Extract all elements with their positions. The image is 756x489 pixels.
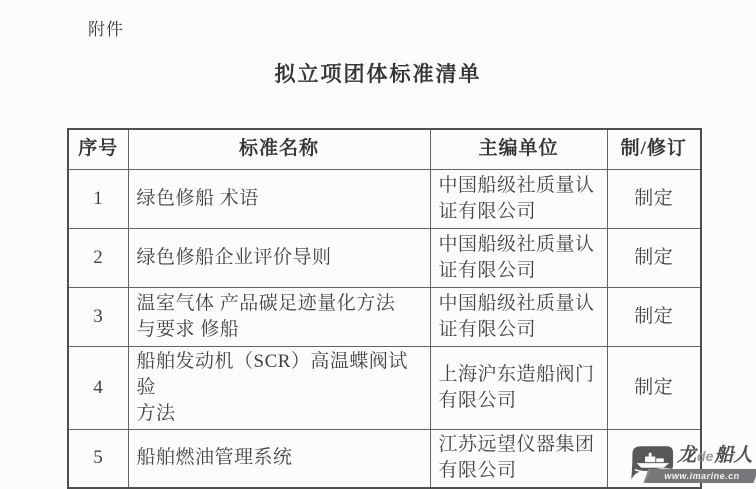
cell-unit: 中国船级社质量认 证有限公司 (430, 287, 607, 346)
cell-name: 船舶燃油管理系统 (128, 429, 430, 488)
header-name: 标准名称 (128, 129, 430, 169)
cell-name: 船舶发动机（SCR）高温蝶阀试验 方法 (128, 346, 430, 429)
cell-unit: 江苏远望仪器集团 有限公司 (430, 429, 607, 488)
cell-num: 5 (68, 429, 128, 488)
table-row: 5 船舶燃油管理系统 江苏远望仪器集团 有限公司 制定 (68, 429, 701, 488)
table-row: 4 船舶发动机（SCR）高温蝶阀试验 方法 上海沪东造船阀门 有限公司 制定 (68, 346, 701, 429)
table-row: 2 绿色修船企业评价导则 中国船级社质量认 证有限公司 制定 (68, 228, 701, 287)
cell-name: 绿色修船 术语 (128, 169, 430, 228)
cell-type: 制定 (607, 228, 701, 287)
imarine-watermark: 龙de船人 www.imarine.cn (628, 441, 756, 489)
cell-type: 制定 (607, 346, 701, 429)
cell-name: 绿色修船企业评价导则 (128, 228, 430, 287)
cell-type: 制定 (607, 287, 701, 346)
cell-name: 温室气体 产品碳足迹量化方法 与要求 修船 (128, 287, 430, 346)
header-unit: 主编单位 (430, 129, 607, 169)
cell-num: 4 (68, 346, 128, 429)
cell-type: 制定 (607, 169, 701, 228)
cell-num: 2 (68, 228, 128, 287)
table-header-row: 序号 标准名称 主编单位 制/修订 (68, 129, 701, 169)
attachment-label: 附件 (88, 15, 124, 40)
cell-num: 3 (68, 287, 128, 346)
cell-unit: 中国船级社质量认 证有限公司 (430, 169, 607, 228)
header-num: 序号 (68, 129, 128, 169)
table-row: 3 温室气体 产品碳足迹量化方法 与要求 修船 中国船级社质量认 证有限公司 制… (68, 287, 701, 346)
brand-url: www.imarine.cn (648, 469, 756, 483)
cell-num: 1 (68, 169, 128, 228)
page-title: 拟立项团体标准清单 (0, 58, 756, 88)
brand-suffix: 船人 (714, 445, 752, 466)
brand-url-band: www.imarine.cn (643, 469, 756, 483)
header-type: 制/修订 (607, 129, 701, 169)
cell-unit: 中国船级社质量认 证有限公司 (430, 228, 607, 287)
document-page: 附件 拟立项团体标准清单 序号 标准名称 主编单位 制/修订 1 绿色修船 术语… (0, 0, 756, 489)
brand-de: de (696, 448, 714, 464)
standards-table: 序号 标准名称 主编单位 制/修订 1 绿色修船 术语 中国船级社质量认 证有限… (67, 128, 702, 489)
cell-unit: 上海沪东造船阀门 有限公司 (430, 346, 607, 429)
brand-char-long: 龙 (677, 445, 696, 466)
brand-text: 龙de船人 (677, 445, 752, 466)
table-row: 1 绿色修船 术语 中国船级社质量认 证有限公司 制定 (68, 169, 701, 228)
